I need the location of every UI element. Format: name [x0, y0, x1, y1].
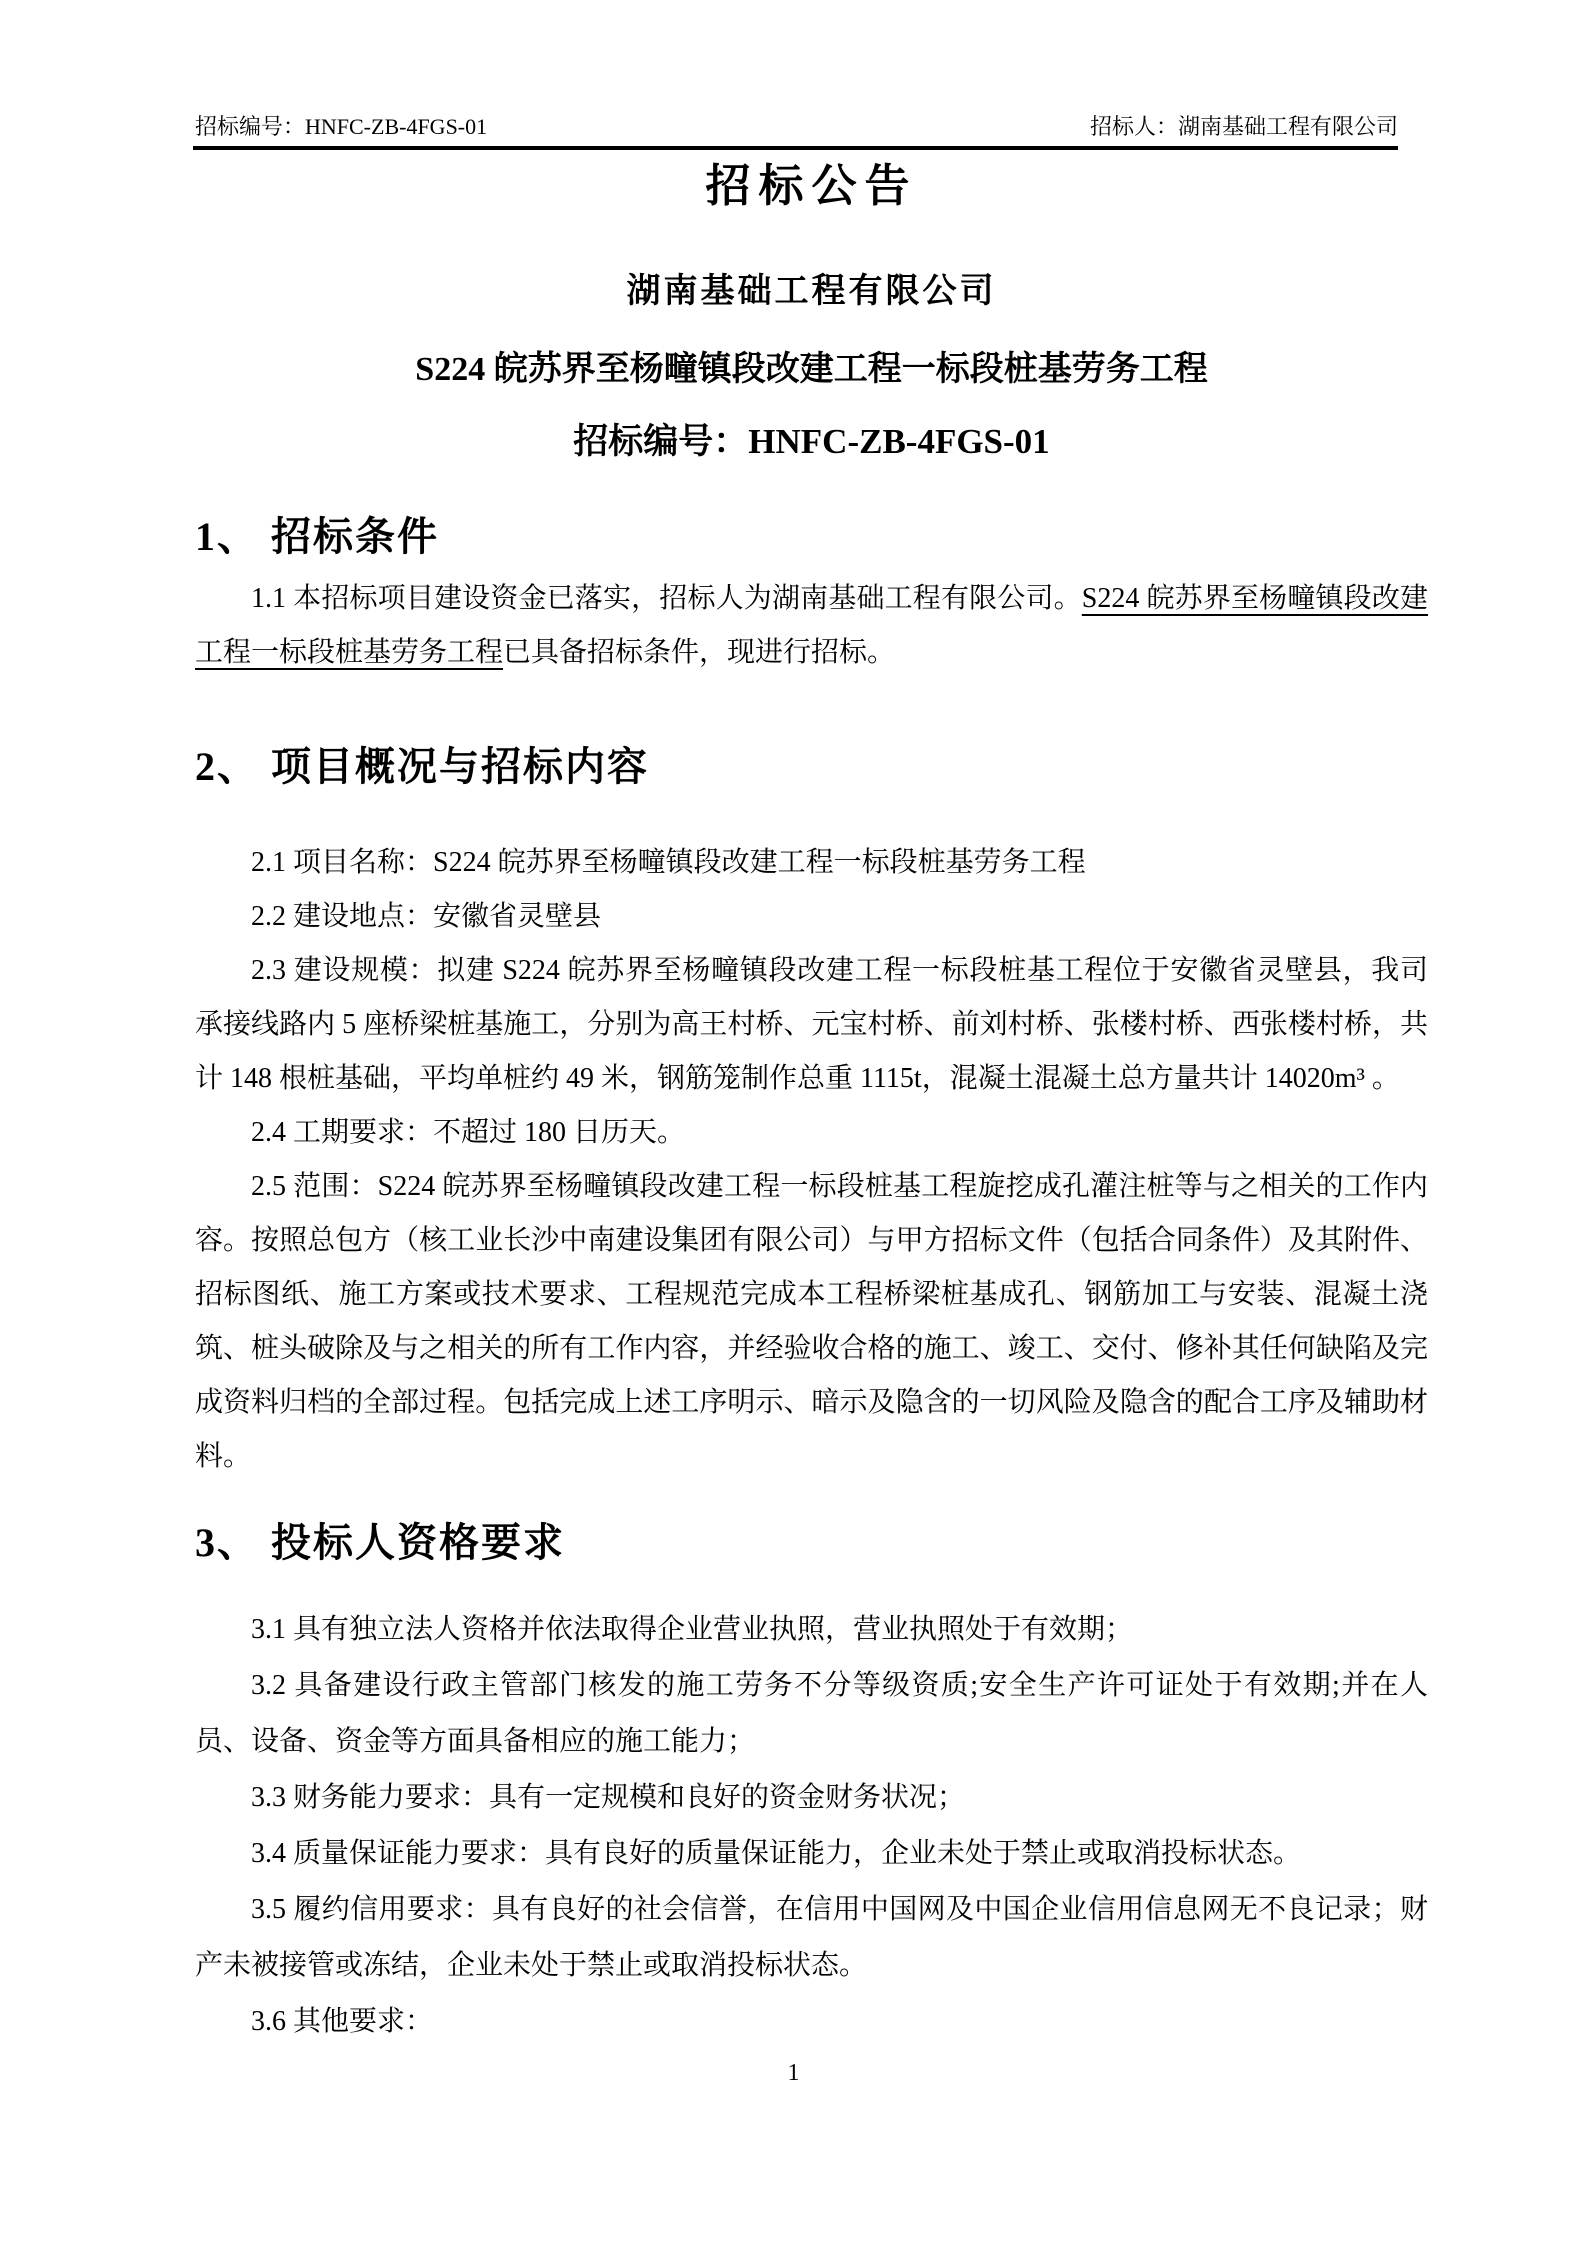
- document-title: 招标公告: [195, 158, 1428, 214]
- project-title: S224 皖苏界至杨疃镇段改建工程一标段桩基劳务工程: [195, 348, 1428, 392]
- paragraph-3-6: 3.6 其他要求：: [195, 1994, 1428, 2050]
- section-3-heading: 3、 投标人资格要求: [195, 1518, 1428, 1568]
- section-1-body: 1.1 本招标项目建设资金已落实，招标人为湖南基础工程有限公司。S224 皖苏界…: [195, 572, 1428, 680]
- paragraph-2-2: 2.2 建设地点：安徽省灵壁县: [195, 890, 1428, 944]
- section-2-body: 2.1 项目名称：S224 皖苏界至杨疃镇段改建工程一标段桩基劳务工程 2.2 …: [195, 836, 1428, 1484]
- section-2-heading: 2、 项目概况与招标内容: [195, 742, 1428, 792]
- section-bidder-qualifications: 3、 投标人资格要求 3.1 具有独立法人资格并依法取得企业营业执照，营业执照处…: [195, 1518, 1428, 2050]
- paragraph-1-1-pre: 1.1 本招标项目建设资金已落实，招标人为湖南基础工程有限公司。: [251, 583, 1082, 614]
- paragraph-3-3: 3.3 财务能力要求：具有一定规模和良好的资金财务状况；: [195, 1770, 1428, 1826]
- document-page: 招标编号：HNFC-ZB-4FGS-01 招标人：湖南基础工程有限公司 招标公告…: [0, 0, 1587, 2245]
- paragraph-2-1: 2.1 项目名称：S224 皖苏界至杨疃镇段改建工程一标段桩基劳务工程: [195, 836, 1428, 890]
- section-1-heading: 1、 招标条件: [195, 512, 1428, 562]
- paragraph-3-5: 3.5 履约信用要求：具有良好的社会信誉，在信用中国网及中国企业信用信息网无不良…: [195, 1882, 1428, 1994]
- section-3-body: 3.1 具有独立法人资格并依法取得企业营业执照，营业执照处于有效期； 3.2 具…: [195, 1602, 1428, 2050]
- paragraph-2-4: 2.4 工期要求：不超过 180 日历天。: [195, 1106, 1428, 1160]
- paragraph-3-1: 3.1 具有独立法人资格并依法取得企业营业执照，营业执照处于有效期；: [195, 1602, 1428, 1658]
- paragraph-3-2: 3.2 具备建设行政主管部门核发的施工劳务不分等级资质;安全生产许可证处于有效期…: [195, 1658, 1428, 1770]
- paragraph-1-1-post: 已具备招标条件，现进行招标。: [503, 637, 895, 668]
- paragraph-3-4: 3.4 质量保证能力要求：具有良好的质量保证能力，企业未处于禁止或取消投标状态。: [195, 1826, 1428, 1882]
- paragraph-1-1: 1.1 本招标项目建设资金已落实，招标人为湖南基础工程有限公司。S224 皖苏界…: [195, 572, 1428, 680]
- company-title: 湖南基础工程有限公司: [195, 270, 1428, 314]
- section-bidding-conditions: 1、 招标条件 1.1 本招标项目建设资金已落实，招标人为湖南基础工程有限公司。…: [195, 512, 1428, 680]
- page-number: 1: [0, 2060, 1587, 2087]
- section-project-overview: 2、 项目概况与招标内容 2.1 项目名称：S224 皖苏界至杨疃镇段改建工程一…: [195, 742, 1428, 1484]
- bid-number-title: 招标编号：HNFC-ZB-4FGS-01: [195, 420, 1428, 464]
- document-content: 招标公告 湖南基础工程有限公司 S224 皖苏界至杨疃镇段改建工程一标段桩基劳务…: [195, 0, 1428, 2050]
- paragraph-2-3: 2.3 建设规模：拟建 S224 皖苏界至杨疃镇段改建工程一标段桩基工程位于安徽…: [195, 944, 1428, 1106]
- paragraph-2-5: 2.5 范围：S224 皖苏界至杨疃镇段改建工程一标段桩基工程旋挖成孔灌注桩等与…: [195, 1160, 1428, 1484]
